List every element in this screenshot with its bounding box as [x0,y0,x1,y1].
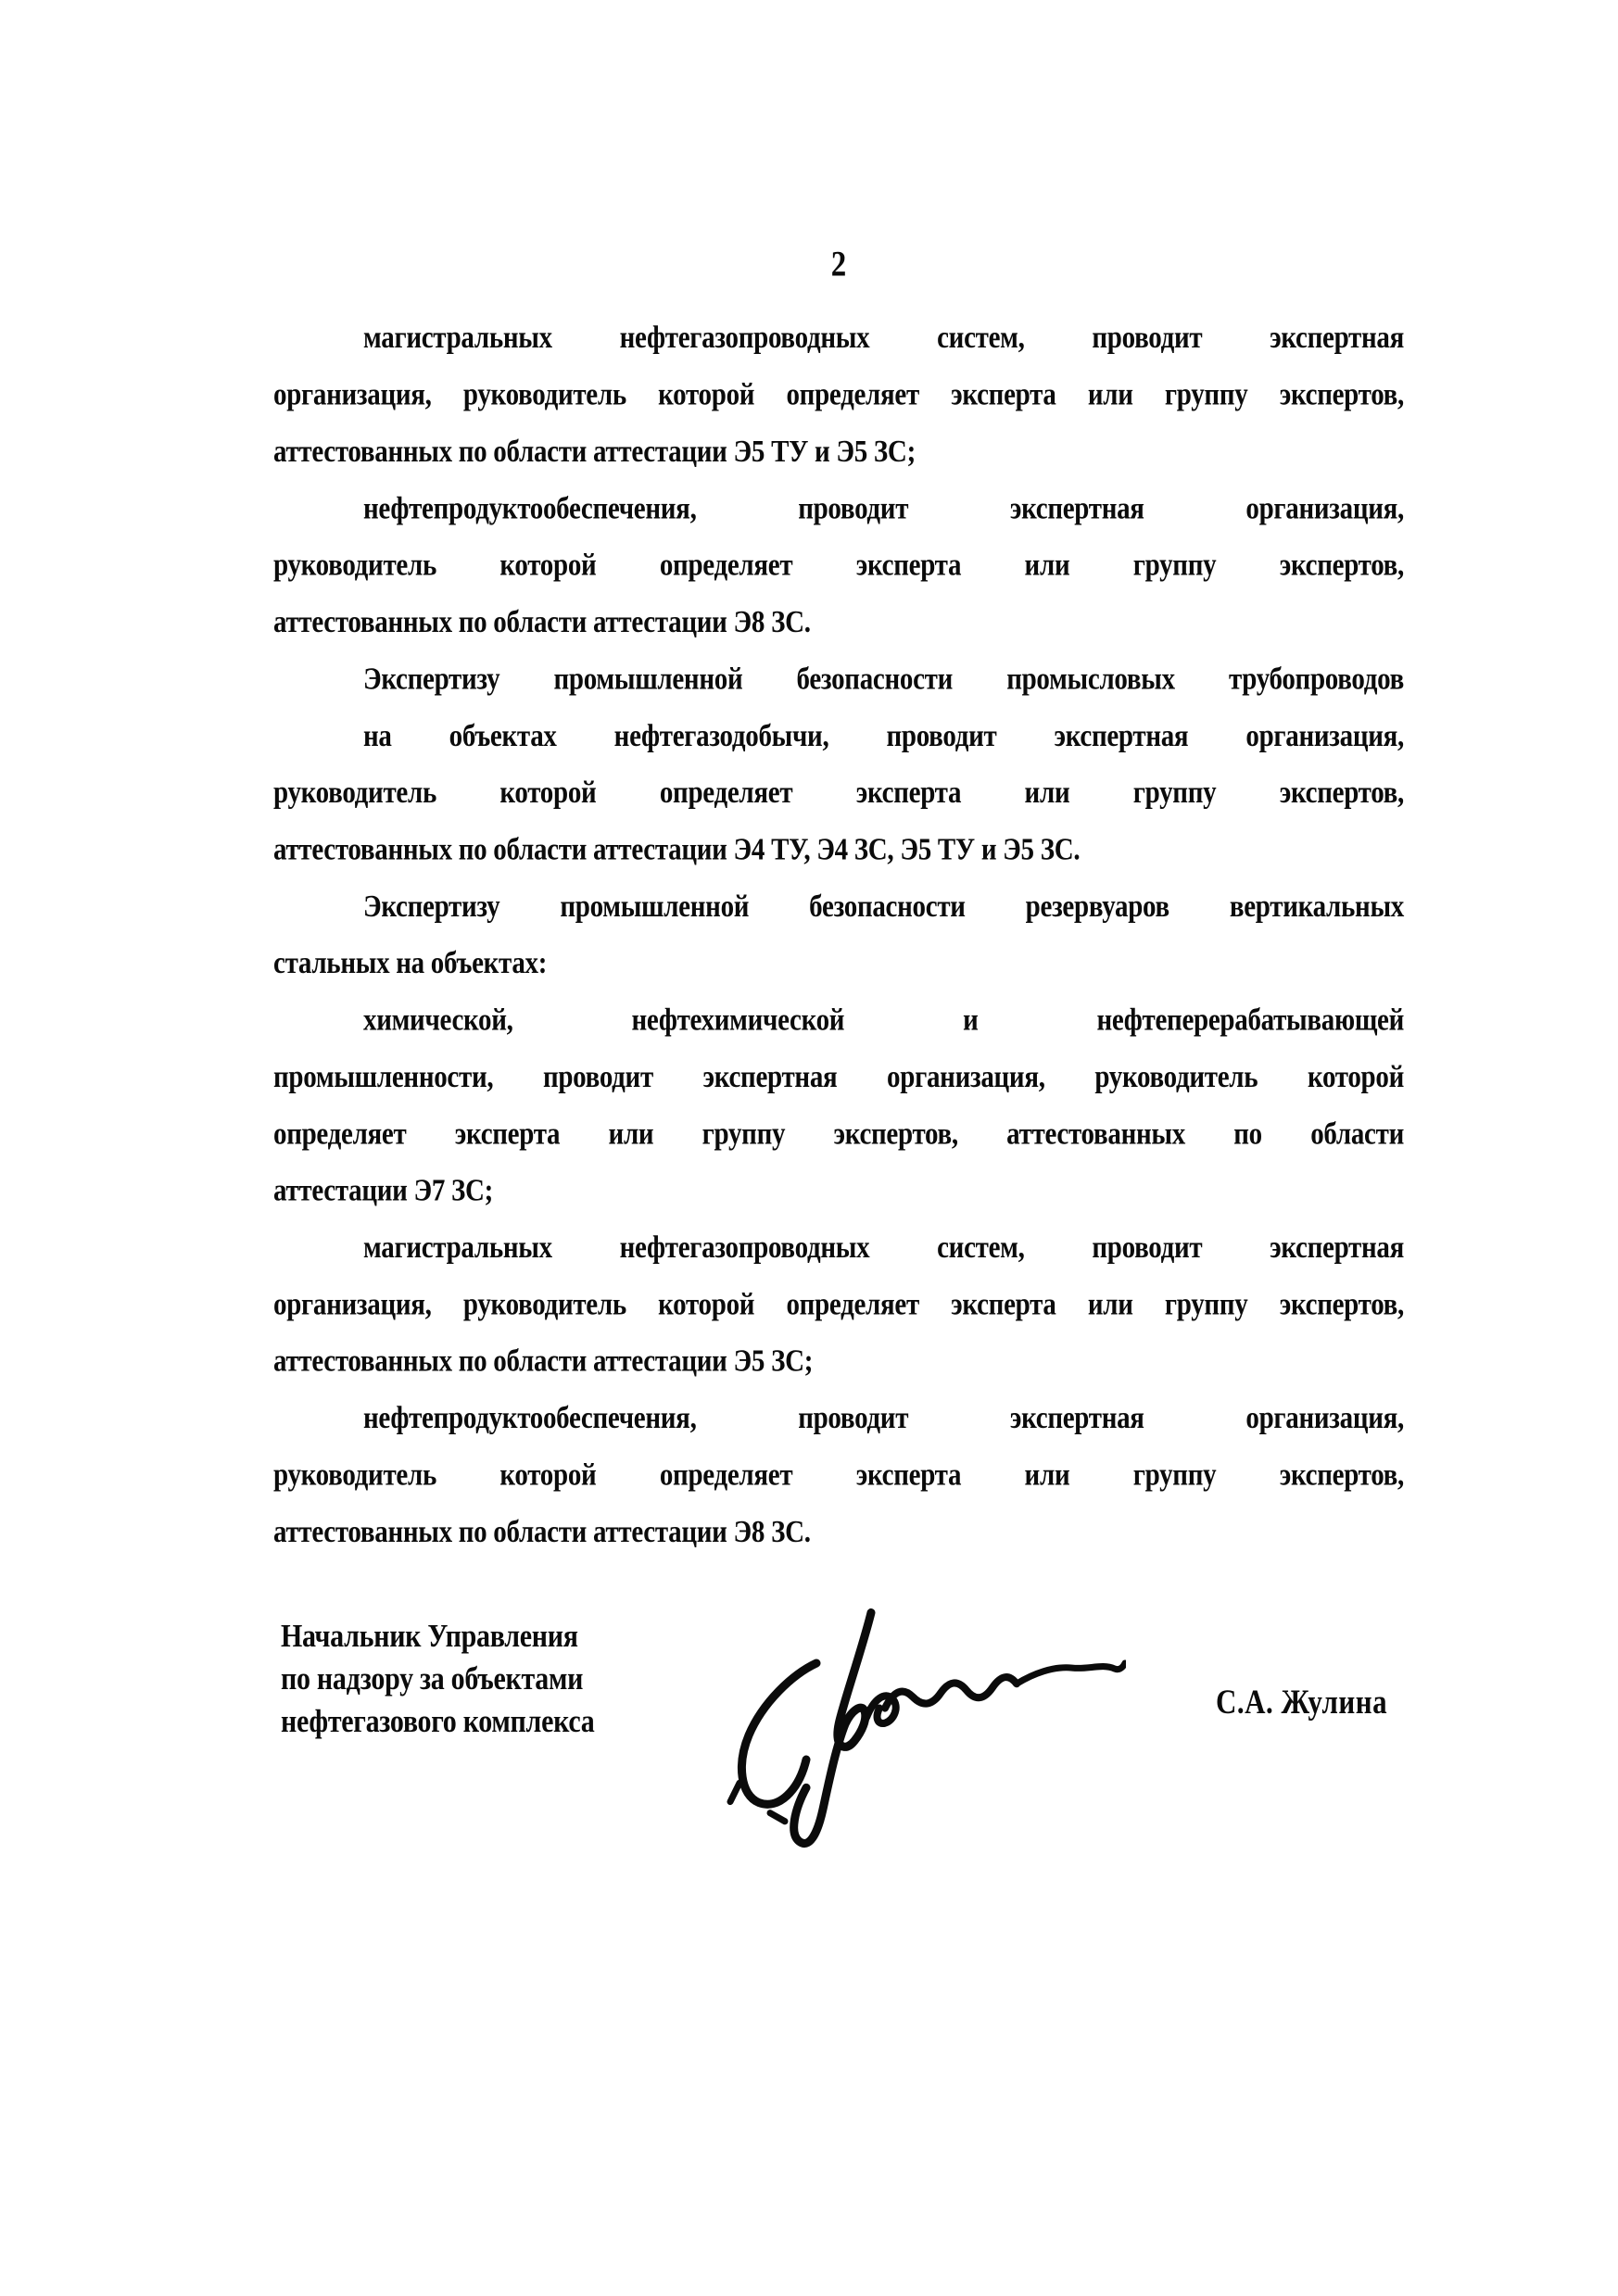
text-line: руководитель которой определяет эксперта… [273,764,1404,821]
text-line: нефтепродуктообеспечения, проводит экспе… [273,1390,1404,1446]
signatory-title-block: Начальник Управления по надзору за объек… [281,1615,594,1743]
paragraph: Экспертизу промышленной безопасности про… [273,650,1404,707]
text-line: руководитель которой определяет эксперта… [273,536,1404,593]
text-line: организация, руководитель которой опреде… [273,366,1404,423]
document-body: магистральных нефтегазопроводных систем,… [273,309,1404,1560]
signatory-name: С.А. Жулина [1216,1683,1387,1722]
text-line: аттестованных по области аттестации Э8 З… [273,594,1404,650]
text-line: магистральных нефтегазопроводных систем,… [273,1219,1404,1276]
text-line: Экспертизу промышленной безопасности про… [273,650,1404,707]
text-line: нефтепродуктообеспечения, проводит экспе… [273,480,1404,536]
text-line: определяет эксперта или группу экспертов… [273,1105,1404,1162]
handwritten-signature-icon [726,1599,1126,1853]
text-line: химической, нефтехимической и нефтеперер… [273,991,1404,1048]
text-line: Экспертизу промышленной безопасности рез… [273,878,1404,935]
page-content: 2 магистральных нефтегазопроводных систе… [0,0,1618,2296]
text-line: аттестованных по области аттестации Э5 З… [273,1332,1404,1389]
text-line: на объектах нефтегазодобычи, проводит эк… [273,707,1404,763]
text-line: руководитель которой определяет эксперта… [273,1446,1404,1503]
text-line: аттестованных по области аттестации Э5 Т… [273,423,1404,480]
paragraph: магистральных нефтегазопроводных систем,… [273,1219,1404,1390]
text-line: промышленности, проводит экспертная орга… [273,1049,1404,1105]
document-page: 2 магистральных нефтегазопроводных систе… [0,0,1618,2296]
paragraph: магистральных нефтегазопроводных систем,… [273,309,1404,480]
signatory-title-line: Начальник Управления [281,1615,594,1658]
paragraph: нефтепродуктообеспечения, проводит экспе… [273,1390,1404,1560]
signatory-title-line: нефтегазового комплекса [281,1700,594,1743]
paragraph: на объектах нефтегазодобычи, проводит эк… [273,707,1404,877]
text-line: организация, руководитель которой опреде… [273,1276,1404,1332]
paragraph: Экспертизу промышленной безопасности рез… [273,878,1404,992]
page-number: 2 [273,247,1404,284]
text-line: магистральных нефтегазопроводных систем,… [273,309,1404,366]
text-line: аттестованных по области аттестации Э8 З… [273,1503,1404,1559]
paragraph: нефтепродуктообеспечения, проводит экспе… [273,480,1404,650]
text-line: стальных на объектах: [273,935,1404,991]
paragraph: химической, нефтехимической и нефтеперер… [273,991,1404,1218]
text-line: аттестации Э7 ЗС; [273,1162,1404,1218]
signatory-title-line: по надзору за объектами [281,1658,594,1700]
text-line: аттестованных по области аттестации Э4 Т… [273,821,1404,877]
